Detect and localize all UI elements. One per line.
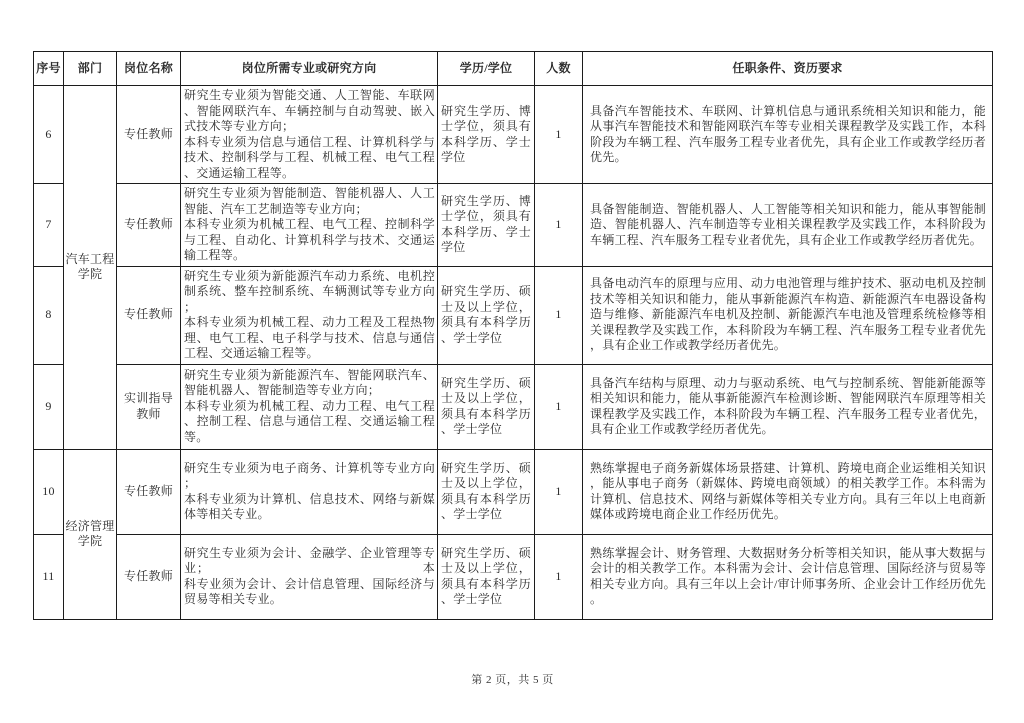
cell-count: 1 xyxy=(535,449,583,534)
cell-count: 1 xyxy=(535,534,583,619)
col-header-seq: 序号 xyxy=(34,52,64,86)
table-row: 11 专任教师 研究生专业须为会计、金融学、企业管理等专业； 本科专业须为会计、… xyxy=(34,534,993,619)
cell-degree: 研究生学历、博士学位，须具有本科学历、学士学位 xyxy=(438,184,535,267)
cell-requirements: 熟练掌握会计、财务管理、大数据财务分析等相关知识，能从事大数据与会计的相关教学工… xyxy=(583,534,993,619)
cell-majors: 研究生专业须为新能源汽车动力系统、电机控制系统、整车控制系统、车辆测试等专业方向… xyxy=(181,266,438,364)
cell-requirements: 具备汽车智能技术、车联网、计算机信息与通讯系统相关知识和能力，能从事汽车智能技术… xyxy=(583,86,993,184)
cell-degree: 研究生学历、博士学位，须具有本科学历、学士学位 xyxy=(438,86,535,184)
table-header-row: 序号 部门 岗位名称 岗位所需专业或研究方向 学历/学位 人数 任职条件、资历要… xyxy=(34,52,993,86)
page-number: 第 2 页，共 5 页 xyxy=(33,671,992,687)
cell-requirements: 具备汽车结构与原理、动力与驱动系统、电气与控制系统、智能新能源等相关知识和能力，… xyxy=(583,364,993,449)
col-header-count: 人数 xyxy=(535,52,583,86)
cell-seq: 11 xyxy=(34,534,64,619)
col-header-majors: 岗位所需专业或研究方向 xyxy=(181,52,438,86)
cell-count: 1 xyxy=(535,86,583,184)
table-row: 9 实训指导教师 研究生专业须为新能源汽车、智能网联汽车、智能机器人、智能制造等… xyxy=(34,364,993,449)
cell-position: 专任教师 xyxy=(117,86,181,184)
cell-seq: 9 xyxy=(34,364,64,449)
table-row: 8 专任教师 研究生专业须为新能源汽车动力系统、电机控制系统、整车控制系统、车辆… xyxy=(34,266,993,364)
table-row: 7 专任教师 研究生专业须为智能制造、智能机器人、人工智能、汽车工艺制造等专业方… xyxy=(34,184,993,267)
table-row: 10 经济管理学院 专任教师 研究生专业须为电子商务、计算机等专业方向； 本科专… xyxy=(34,449,993,534)
col-header-position: 岗位名称 xyxy=(117,52,181,86)
cell-count: 1 xyxy=(535,184,583,267)
cell-majors: 研究生专业须为电子商务、计算机等专业方向； 本科专业须为计算机、信息技术、网络与… xyxy=(181,449,438,534)
cell-requirements: 具备智能制造、智能机器人、人工智能等相关知识和能力，能从事智能制造、智能机器人、… xyxy=(583,184,993,267)
cell-seq: 8 xyxy=(34,266,64,364)
cell-degree: 研究生学历、硕士及以上学位，须具有本科学历、学士学位 xyxy=(438,364,535,449)
cell-seq: 6 xyxy=(34,86,64,184)
cell-degree: 研究生学历、硕士及以上学位，须具有本科学历、学士学位 xyxy=(438,266,535,364)
cell-position: 专任教师 xyxy=(117,534,181,619)
cell-position: 实训指导教师 xyxy=(117,364,181,449)
cell-position: 专任教师 xyxy=(117,266,181,364)
cell-requirements: 具备电动汽车的原理与应用、动力电池管理与维护技术、驱动电机及控制技术等相关知识和… xyxy=(583,266,993,364)
col-header-department: 部门 xyxy=(64,52,117,86)
document-page: 序号 部门 岗位名称 岗位所需专业或研究方向 学历/学位 人数 任职条件、资历要… xyxy=(0,0,1024,723)
cell-position: 专任教师 xyxy=(117,449,181,534)
cell-majors: 研究生专业须为智能制造、智能机器人、人工智能、汽车工艺制造等专业方向； 本科专业… xyxy=(181,184,438,267)
cell-count: 1 xyxy=(535,266,583,364)
cell-seq: 7 xyxy=(34,184,64,267)
cell-majors: 研究生专业须为智能交通、人工智能、车联网、智能网联汽车、车辆控制与自动驾驶、嵌入… xyxy=(181,86,438,184)
cell-department: 经济管理学院 xyxy=(64,449,117,619)
cell-majors: 研究生专业须为会计、金融学、企业管理等专业； 本科专业须为会计、会计信息管理、国… xyxy=(181,534,438,619)
cell-seq: 10 xyxy=(34,449,64,534)
table-row: 6 汽车工程学院 专任教师 研究生专业须为智能交通、人工智能、车联网、智能网联汽… xyxy=(34,86,993,184)
job-postings-table: 序号 部门 岗位名称 岗位所需专业或研究方向 学历/学位 人数 任职条件、资历要… xyxy=(33,51,993,620)
cell-degree: 研究生学历、硕士及以上学位，须具有本科学历、学士学位 xyxy=(438,449,535,534)
cell-requirements: 熟练掌握电子商务新媒体场景搭建、计算机、跨境电商企业运维相关知识，能从事电子商务… xyxy=(583,449,993,534)
col-header-requirements: 任职条件、资历要求 xyxy=(583,52,993,86)
cell-department: 汽车工程学院 xyxy=(64,86,117,450)
cell-count: 1 xyxy=(535,364,583,449)
cell-degree: 研究生学历、硕士及以上学位，须具有本科学历、学士学位 xyxy=(438,534,535,619)
col-header-degree: 学历/学位 xyxy=(438,52,535,86)
cell-position: 专任教师 xyxy=(117,184,181,267)
cell-majors: 研究生专业须为新能源汽车、智能网联汽车、智能机器人、智能制造等专业方向； 本科专… xyxy=(181,364,438,449)
